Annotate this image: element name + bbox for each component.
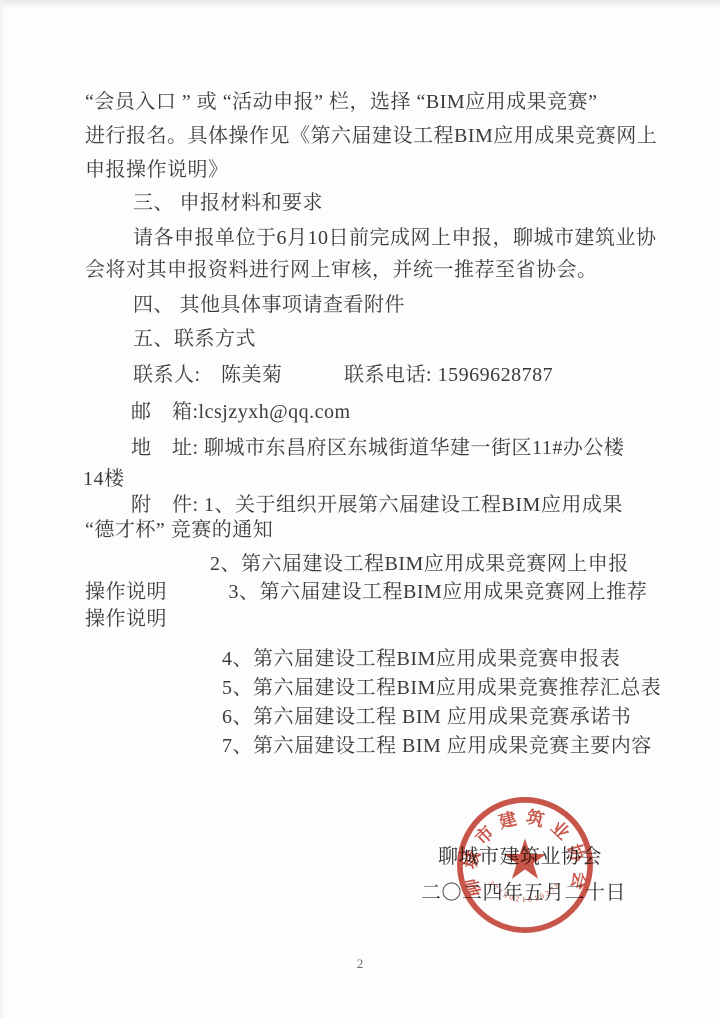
doc-line: 请各申报单位于6月10日前完成网上申报，聊城市建筑业协 <box>133 226 657 250</box>
attachment-item: 操作说明 3、第六届建设工程BIM应用成果竞赛网上推荐 <box>85 580 647 604</box>
doc-heading-5: 五、联系方式 <box>133 327 256 351</box>
seal-code-text: 3715021019378 <box>487 879 564 904</box>
scan-edge-left <box>0 0 5 1018</box>
attachment-item: 5、第六届建设工程BIM应用成果竞赛推荐汇总表 <box>222 676 661 700</box>
doc-heading-3: 三、 申报材料和要求 <box>133 191 323 215</box>
doc-line: 操作说明 <box>85 607 167 631</box>
doc-line: “德才杯” 竞赛的通知 <box>85 518 273 542</box>
scan-edge-top <box>0 0 720 8</box>
doc-line: 14楼 <box>83 467 125 491</box>
official-seal: 聊城市建筑业协会 3715021019378 <box>432 772 618 958</box>
doc-heading-4: 四、 其他具体事项请查看附件 <box>133 293 405 317</box>
doc-line: “会员入口 ” 或 “活动申报” 栏，选择 “BIM应用成果竞赛” <box>85 90 598 114</box>
contact-person-line: 联系人: 陈美菊 联系电话: 15969628787 <box>133 363 553 387</box>
doc-line: 进行报名。具体操作见《第六届建设工程BIM应用成果竞赛网上 <box>85 124 657 148</box>
document-page: “会员入口 ” 或 “活动申报” 栏，选择 “BIM应用成果竞赛” 进行报名。具… <box>0 0 720 1018</box>
seal-star-icon <box>504 839 546 879</box>
attachments-line: 附 件: 1、关于组织开展第六届建设工程BIM应用成果 <box>131 493 623 517</box>
attachment-item: 7、第六届建设工程 BIM 应用成果竞赛主要内容 <box>222 734 652 758</box>
page-number: 2 <box>0 956 720 972</box>
contact-email-line: 邮 箱:lcsjzyxh@qq.com <box>131 400 351 424</box>
doc-line: 会将对其申报资料进行网上审核，并统一推荐至省协会。 <box>85 258 598 282</box>
attachment-item: 6、第六届建设工程 BIM 应用成果竞赛承诺书 <box>222 705 631 729</box>
contact-address-line: 地 址: 聊城市东昌府区东城街道华建一街区11#办公楼 <box>131 436 624 460</box>
attachment-item: 2、第六届建设工程BIM应用成果竞赛网上申报 <box>210 552 629 576</box>
doc-line: 申报操作说明》 <box>85 158 229 182</box>
attachment-item: 4、第六届建设工程BIM应用成果竞赛申报表 <box>222 647 620 671</box>
